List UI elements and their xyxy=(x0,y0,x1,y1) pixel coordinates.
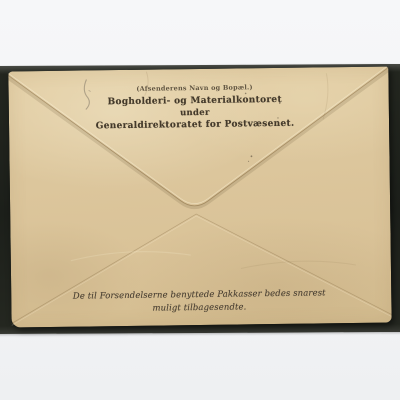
envelope-back-photo: (Afsenderens Navn og Bopæl.) Bogholderi-… xyxy=(8,67,391,328)
sender-imprint-block: (Afsenderens Navn og Bopæl.) Bogholderi-… xyxy=(5,82,386,133)
auction-photo-page: { "photo": { "description": "Back side o… xyxy=(0,0,400,400)
